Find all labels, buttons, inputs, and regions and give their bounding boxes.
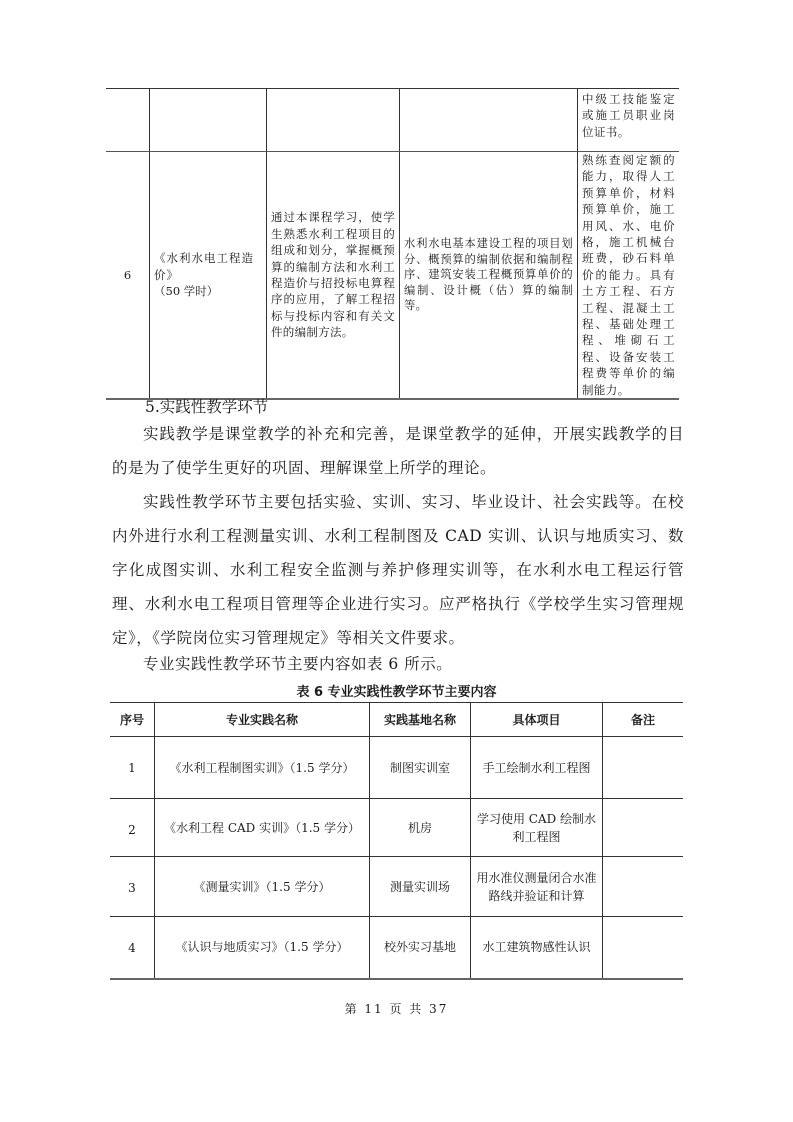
header-no: 序号 bbox=[110, 703, 155, 737]
cell-note bbox=[603, 857, 684, 917]
table-row: 3 《测量实训》（1.5 学分） 测量实训场 用水准仪测量闭合水准路线并验证和计… bbox=[110, 857, 683, 917]
cell-no: 1 bbox=[110, 737, 155, 799]
cell-item: 手工绘制水利工程图 bbox=[471, 737, 603, 799]
cell-no: 4 bbox=[110, 917, 155, 979]
header-base: 实践基地名称 bbox=[370, 703, 471, 737]
cell-name: 《测量实训》（1.5 学分） bbox=[155, 857, 370, 917]
section-heading: 5.实践性教学环节 bbox=[145, 395, 268, 417]
cell-content: 水利水电基本建设工程的项目划分、概预算的编制依据和编制程序、建筑安装工程概预算单… bbox=[400, 152, 578, 400]
cell-note bbox=[603, 737, 684, 799]
cell-index bbox=[106, 89, 150, 152]
cell-name: 《认识与地质实习》（1.5 学分） bbox=[155, 917, 370, 979]
paragraph-2: 实践性教学环节主要包括实验、实训、实习、毕业设计、社会实践等。在校内外进行水利工… bbox=[112, 485, 684, 655]
cell-note bbox=[603, 917, 684, 979]
cell-index: 6 bbox=[106, 152, 150, 400]
cell-name: 《水利工程 CAD 实训》（1.5 学分） bbox=[155, 799, 370, 857]
cell-content bbox=[400, 89, 578, 152]
cell-ability: 中级工技能鉴定或施工员职业岗位证书。 bbox=[578, 89, 680, 152]
cell-base: 机房 bbox=[370, 799, 471, 857]
header-item: 具体项目 bbox=[471, 703, 603, 737]
course-hours: （50 学时） bbox=[154, 283, 262, 299]
cell-item: 水工建筑物感性认识 bbox=[471, 917, 603, 979]
course-name: 《水利水电工程造价》 bbox=[154, 250, 262, 283]
table-row: 2 《水利工程 CAD 实训》（1.5 学分） 机房 学习使用 CAD 绘制水利… bbox=[110, 799, 683, 857]
table-header-row: 序号 专业实践名称 实践基地名称 具体项目 备注 bbox=[110, 703, 683, 737]
cell-course: 《水利水电工程造价》 （50 学时） bbox=[150, 152, 267, 400]
cell-objective: 通过本课程学习，使学生熟悉水利工程项目的组成和划分，掌握概预算的编制方法和水利工… bbox=[267, 152, 400, 400]
cell-item: 用水准仪测量闭合水准路线并验证和计算 bbox=[471, 857, 603, 917]
cell-no: 2 bbox=[110, 799, 155, 857]
cell-base: 校外实习基地 bbox=[370, 917, 471, 979]
course-table-continued: 中级工技能鉴定或施工员职业岗位证书。 6 《水利水电工程造价》 （50 学时） … bbox=[106, 88, 679, 400]
cell-no: 3 bbox=[110, 857, 155, 917]
cell-ability: 熟练查阅定额的能力，取得人工预算单价，材料预算单价，施工用风、水、电价格，施工机… bbox=[578, 152, 680, 400]
cell-name: 《水利工程制图实训》（1.5 学分） bbox=[155, 737, 370, 799]
cell-note bbox=[603, 799, 684, 857]
cell-base: 制图实训室 bbox=[370, 737, 471, 799]
page-number: 第 11 页 共 37 bbox=[0, 1000, 793, 1017]
header-name: 专业实践名称 bbox=[155, 703, 370, 737]
header-note: 备注 bbox=[603, 703, 684, 737]
cell-objective bbox=[267, 89, 400, 152]
paragraph-1: 实践教学是课堂教学的补充和完善，是课堂教学的延伸，开展实践教学的目的是为了使学生… bbox=[112, 417, 684, 485]
cell-item: 学习使用 CAD 绘制水利工程图 bbox=[471, 799, 603, 857]
table-row: 1 《水利工程制图实训》（1.5 学分） 制图实训室 手工绘制水利工程图 bbox=[110, 737, 683, 799]
table-row: 中级工技能鉴定或施工员职业岗位证书。 bbox=[106, 89, 679, 152]
cell-base: 测量实训场 bbox=[370, 857, 471, 917]
cell-course bbox=[150, 89, 267, 152]
table-row: 4 《认识与地质实习》（1.5 学分） 校外实习基地 水工建筑物感性认识 bbox=[110, 917, 683, 979]
table-caption: 表 6 专业实践性教学环节主要内容 bbox=[0, 681, 793, 700]
table-row: 6 《水利水电工程造价》 （50 学时） 通过本课程学习，使学生熟悉水利工程项目… bbox=[106, 152, 679, 400]
paragraph-3: 专业实践性教学环节主要内容如表 6 所示。 bbox=[112, 652, 684, 676]
practice-table: 序号 专业实践名称 实践基地名称 具体项目 备注 1 《水利工程制图实训》（1.… bbox=[110, 702, 683, 980]
